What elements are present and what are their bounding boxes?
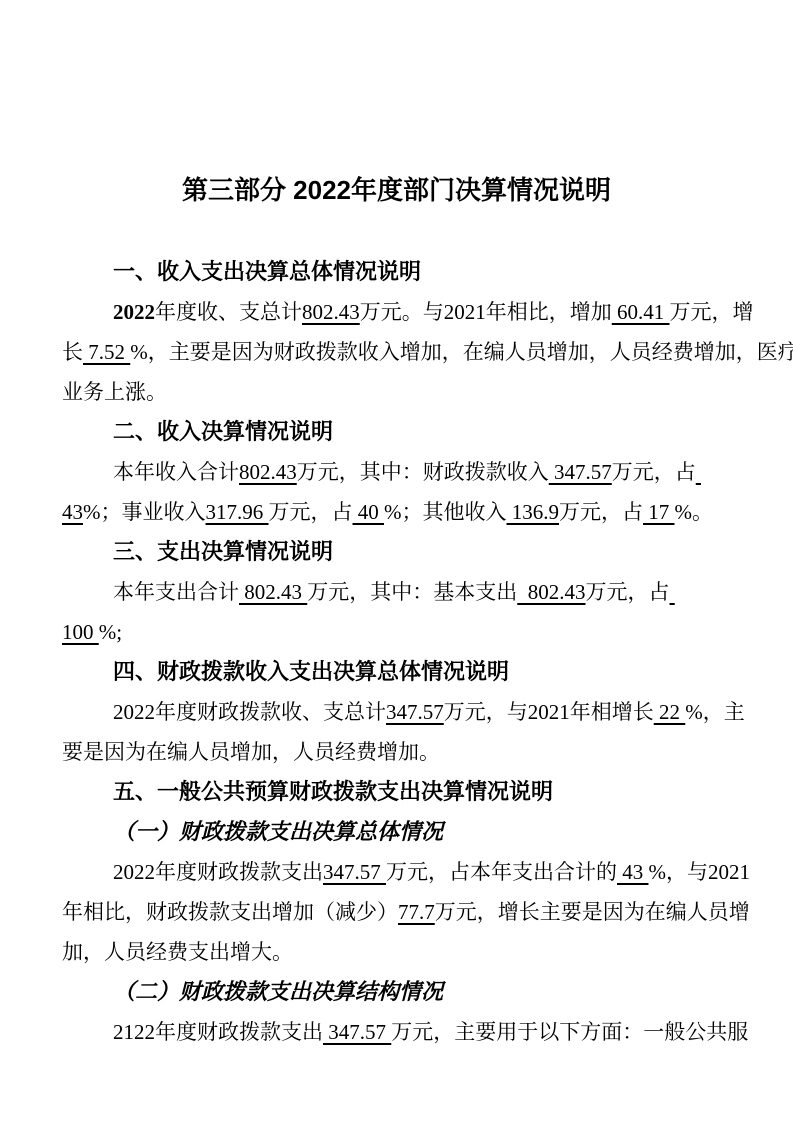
section-5-sub-1-paragraph: 2022年度财政拨款支出347.57 万元，占本年支出合计的 43 %，与202… (62, 852, 779, 972)
text-line: 2022年度财政拨款收、支总计347.57万元，与2021年相增长 22 %，主 (62, 692, 779, 732)
section-3-heading: 三、支出决算情况说明 (62, 532, 779, 572)
text-line: 五、一般公共预算财政拨款支出决算情况说明 (62, 772, 779, 812)
text-line: （二）财政拨款支出决算结构情况 (62, 972, 779, 1012)
text-line: 100 %; (62, 612, 779, 652)
text-run: 四、财政拨款收入支出决算总体情况说明 (113, 659, 509, 684)
text-line: （一）财政拨款支出决算总体情况 (62, 812, 779, 852)
text-run: %，与2021 (649, 860, 751, 884)
text-run: 年相比，财政拨款支出增加（减少） (62, 900, 398, 924)
text-run: 本年收入合计 (113, 460, 239, 484)
underlined-value (696, 460, 701, 484)
text-line: 业务上涨。 (62, 372, 779, 412)
text-run: 万元，其中：财政拨款收入 (297, 460, 549, 484)
text-run: 万元，占本年支出合计的 (386, 860, 617, 884)
underlined-value: 347.57 (323, 860, 386, 884)
text-line: 三、支出决算情况说明 (62, 532, 779, 572)
underlined-value: 40 (353, 500, 385, 524)
section-4-paragraph: 2022年度财政拨款收、支总计347.57万元，与2021年相增长 22 %，主… (62, 692, 779, 772)
text-run: （二）财政拨款支出决算结构情况 (113, 979, 443, 1004)
underlined-value: 17 (643, 500, 675, 524)
text-run: 万元，占 (269, 500, 353, 524)
text-run: 万元，占 (586, 580, 670, 604)
text-run: 五、一般公共预算财政拨款支出决算情况说明 (113, 779, 553, 804)
text-line: 一、收入支出决算总体情况说明 (62, 252, 779, 292)
text-run: %，主 (685, 700, 745, 724)
text-run: 万元，占 (559, 500, 643, 524)
section-5-sub-1-heading: （一）财政拨款支出决算总体情况 (62, 812, 779, 852)
text-run: 万元，增长主要是因为在编人员增 (435, 900, 750, 924)
text-line: 四、财政拨款收入支出决算总体情况说明 (62, 652, 779, 692)
text-line: 要是因为在编人员增加，人员经费增加。 (62, 732, 779, 772)
text-run: 2122年度财政拨款支出 (113, 1020, 323, 1044)
text-line: 长 7.52 %，主要是因为财政拨款收入增加，在编人员增加，人员经费增加，医疗 (62, 332, 779, 372)
text-run: %；其他收入 (384, 500, 507, 524)
text-run: 万元。与2021年相比，增加 (360, 300, 612, 324)
section-5-sub-2-heading: （二）财政拨款支出决算结构情况 (62, 972, 779, 1012)
text-run: %，主要是因为财政拨款收入增加，在编人员增加，人员经费增加，医疗 (130, 340, 793, 364)
text-line: 43%；事业收入317.96 万元，占 40 %；其他收入 136.9万元，占 … (62, 492, 779, 532)
text-run: 万元，增 (670, 300, 754, 324)
text-run: %。 (675, 500, 714, 524)
underlined-value: 43 (62, 500, 83, 524)
underlined-value: 60.41 (612, 300, 670, 324)
underlined-value: 347.57 (323, 1020, 391, 1044)
text-run: 业务上涨。 (62, 380, 167, 404)
text-run: 万元，占 (612, 460, 696, 484)
text-run: 本年支出合计 (113, 580, 239, 604)
text-line: 第三部分 2022年度部门决算情况说明 (0, 170, 793, 210)
underlined-value: 22 (654, 700, 686, 724)
doc-title: 第三部分 2022年度部门决算情况说明 (0, 170, 793, 210)
text-line: 2122年度财政拨款支出 347.57 万元，主要用于以下方面：一般公共服 (62, 1012, 779, 1052)
underlined-value: 802.43 (517, 580, 585, 604)
text-run: 一、收入支出决算总体情况说明 (113, 259, 421, 284)
text-run: （一）财政拨款支出决算总体情况 (113, 819, 443, 844)
section-5-sub-2-paragraph: 2122年度财政拨款支出 347.57 万元，主要用于以下方面：一般公共服 (62, 1012, 779, 1052)
text-line: 加，人员经费支出增大。 (62, 932, 779, 972)
text-run: %；事业收入 (83, 500, 206, 524)
underlined-value: 136.9 (507, 500, 560, 524)
underlined-value: 802.43 (302, 300, 360, 324)
text-run: 万元，与2021年相增长 (444, 700, 654, 724)
text-run: 二、收入决算情况说明 (113, 419, 333, 444)
text-line: 二、收入决算情况说明 (62, 412, 779, 452)
text-run: 加，人员经费支出增大。 (62, 940, 293, 964)
underlined-value (670, 580, 675, 604)
section-2-paragraph: 本年收入合计802.43万元，其中：财政拨款收入 347.57万元，占 43%；… (62, 452, 779, 532)
section-1-paragraph: 2022年度收、支总计802.43万元。与2021年相比，增加 60.41 万元… (62, 292, 779, 412)
section-3-paragraph: 本年支出合计 802.43 万元，其中：基本支出 802.43万元，占 100 … (62, 572, 779, 652)
underlined-value: 7.52 (83, 340, 130, 364)
underlined-value: 802.43 (239, 460, 297, 484)
text-line: 本年支出合计 802.43 万元，其中：基本支出 802.43万元，占 (62, 572, 779, 612)
text-run: 万元，其中：基本支出 (307, 580, 517, 604)
text-line: 2022年度收、支总计802.43万元。与2021年相比，增加 60.41 万元… (62, 292, 779, 332)
underlined-value: 802.43 (239, 580, 307, 604)
text-run: 2022 (113, 300, 155, 324)
text-run: 2022年度财政拨款收、支总计 (113, 700, 386, 724)
underlined-value: 100 (62, 620, 99, 644)
underlined-value: 43 (617, 860, 649, 884)
text-line: 年相比，财政拨款支出增加（减少）77.7万元，增长主要是因为在编人员增 (62, 892, 779, 932)
section-1-heading: 一、收入支出决算总体情况说明 (62, 252, 779, 292)
underlined-value: 317.96 (206, 500, 269, 524)
underlined-value: 77.7 (398, 900, 435, 924)
underlined-value: 347.57 (549, 460, 612, 484)
document-page: 第三部分 2022年度部门决算情况说明一、收入支出决算总体情况说明2022年度收… (0, 0, 793, 1122)
text-run: 年度收、支总计 (155, 300, 302, 324)
section-5-heading: 五、一般公共预算财政拨款支出决算情况说明 (62, 772, 779, 812)
underlined-value: 347.57 (386, 700, 444, 724)
text-run: 万元，主要用于以下方面：一般公共服 (391, 1020, 748, 1044)
text-run: %; (99, 620, 122, 644)
text-run: 长 (62, 340, 83, 364)
text-line: 本年收入合计802.43万元，其中：财政拨款收入 347.57万元，占 (62, 452, 779, 492)
text-run: 2022年度财政拨款支出 (113, 860, 323, 884)
text-run: 第三部分 2022年度部门决算情况说明 (182, 175, 611, 205)
text-line: 2022年度财政拨款支出347.57 万元，占本年支出合计的 43 %，与202… (62, 852, 779, 892)
section-2-heading: 二、收入决算情况说明 (62, 412, 779, 452)
section-4-heading: 四、财政拨款收入支出决算总体情况说明 (62, 652, 779, 692)
text-run: 要是因为在编人员增加，人员经费增加。 (62, 740, 440, 764)
text-run: 三、支出决算情况说明 (113, 539, 333, 564)
